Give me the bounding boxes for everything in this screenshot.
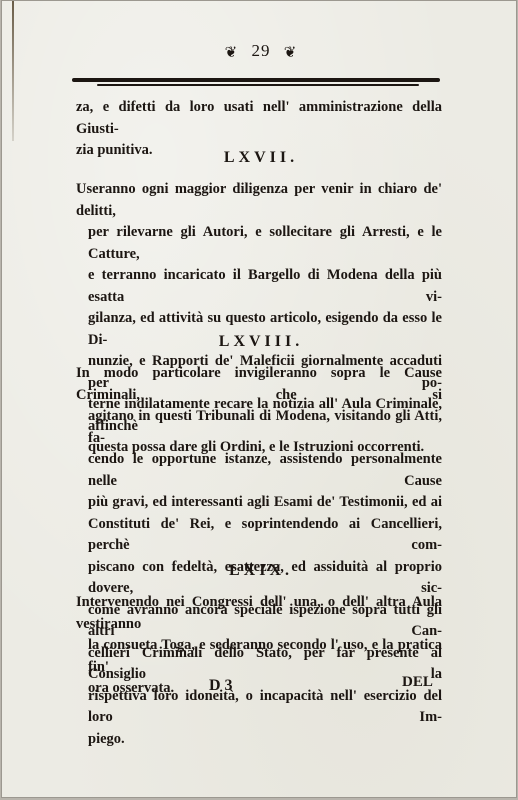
section-heading-lxix: LXIX.: [2, 562, 518, 580]
header-rule-thick: [72, 78, 440, 82]
text-line: per rilevarne gli Autori, e sollecitare …: [76, 222, 442, 265]
text-line: ora osservata.: [76, 678, 442, 700]
fleuron-left-icon: ❦: [225, 43, 239, 62]
header-rule-thin: [97, 84, 419, 86]
text-line: la consueta Toga, e sederanno secondo l'…: [76, 635, 442, 678]
catchword: DEL: [402, 674, 433, 691]
text-line: più gravi, ed interessanti agli Esami de…: [76, 492, 442, 514]
text-line: In modo particolare invigileranno sopra …: [76, 363, 442, 406]
book-page: ❦ 29 ❦ za, e difetti da loro usati nell'…: [1, 0, 517, 798]
text-line: cendo le opportune istanze, assistendo p…: [76, 449, 442, 492]
fleuron-right-icon: ❦: [284, 43, 298, 62]
text-line: Useranno ogni maggior diligenza per veni…: [76, 179, 442, 222]
text-line: agitano in questi Tribunali di Modena, v…: [76, 406, 442, 449]
text-line: e terranno incaricato il Bargello di Mod…: [76, 265, 442, 308]
section-heading-lxvii: LXVII.: [2, 149, 518, 167]
text-line: Intervenendo nei Congressi dell' una, o …: [76, 592, 442, 635]
page-header: ❦ 29 ❦: [2, 41, 518, 62]
binding-gutter: [12, 1, 14, 141]
signature-mark: D 3: [209, 677, 233, 695]
page-number: 29: [252, 41, 271, 60]
section-heading-lxviii: LXVIII.: [2, 333, 518, 351]
text-line: piego.: [76, 729, 442, 751]
text-line: za, e difetti da loro usati nell' ammini…: [76, 97, 442, 140]
section-paragraph-lxix: Intervenendo nei Congressi dell' una, o …: [76, 592, 442, 700]
text-line: Constituti de' Rei, e soprintendendo ai …: [76, 514, 442, 557]
